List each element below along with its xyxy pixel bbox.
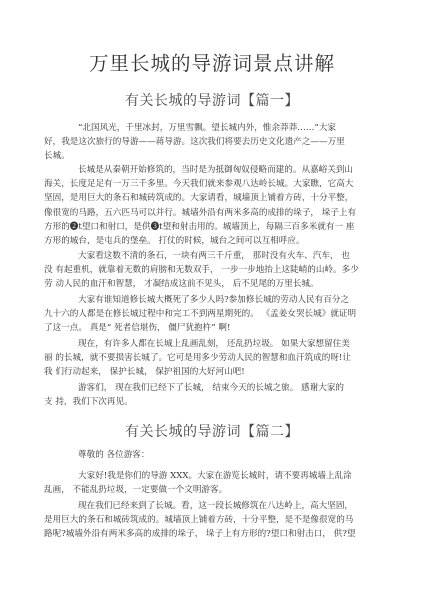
text-line: 坚固，是用巨大的条石和城砖筑成的。大家请看，城墙顶上铺着方砖，十分平整，	[44, 191, 380, 205]
text-line: 大家好!我是你们的导游 XXX。大家在游览长城时，请不要再城墙上乱涂	[44, 469, 380, 483]
text-line: 像很宽的马路，五六匹马可以并行。城墙外沿有两米多高的成排的垛子， 垛子上有	[44, 206, 380, 220]
text-line: 劳 动人民的血汗和智慧， 才凝结成这前不见头， 后不见尾的万里长城。	[44, 277, 380, 291]
text-line: 我 们行动起来， 保护长城， 保护祖国的大好河山吧!	[44, 365, 380, 379]
paragraph: 现在我们已经来到了长城。看，这一段长城修筑在八达岭上，高大坚固， 是用巨大的条石…	[44, 499, 380, 542]
text-line: 现在，有许多人都在长城上乱画乱刻， 还乱扔垃圾。 如果大家想留住美	[44, 337, 380, 351]
text-line: 是用巨大的条石和城砖筑成的。城墙顶上铺着方砖，十分平整，是不是像很宽的马	[44, 513, 380, 527]
paragraph: 大家看这数不清的条石，一块有两三千斤重， 那时没有火车、汽车， 也 没 有起重机…	[44, 249, 380, 292]
text-line: 大家看这数不清的条石，一块有两三千斤重， 那时没有火车、汽车， 也	[44, 249, 380, 263]
text-line: 长城是从秦朝开始修筑的，当时是为抵御匈奴侵略而建的。从嘉峪关到山	[44, 163, 380, 177]
document-title: 万里长城的导游词景点讲解	[0, 48, 424, 76]
paragraph: 大家好!我是你们的导游 XXX。大家在游览长城时，请不要再城墙上乱涂 乱画， 不…	[44, 469, 380, 497]
document-page: 万里长城的导游词景点讲解 有关长城的导游词【篇一】 “北国风光，千里冰封，万里雪…	[0, 0, 424, 600]
text-line: 游客们， 现在我们已经下了长城， 结束今天的长城之旅。 感谢大家的	[44, 381, 380, 395]
text-line: 长城。	[44, 149, 380, 163]
paragraph: 长城是从秦朝开始修筑的，当时是为抵御匈奴侵略而建的。从嘉峪关到山 海关，长度足足…	[44, 163, 380, 248]
text-line: 支 持，我们下次再见。	[44, 395, 380, 409]
text-line: 海关，长度足足有一万三千多里。今天我们就来参观八达岭长城。大家瞧，它高大	[44, 177, 380, 191]
paragraph: “北国风光，千里冰封，万里雪飘。望长城内外，惟余莽莽……”大家 好，我是这次旅行…	[44, 121, 380, 164]
paragraph: 游客们， 现在我们已经下了长城， 结束今天的长城之旅。 感谢大家的 支 持，我们…	[44, 381, 380, 409]
paragraph: 现在，有许多人都在长城上乱画乱刻， 还乱扔垃圾。 如果大家想留住美 丽 的长城，…	[44, 337, 380, 380]
text-line: 方形的❷t望口和射口，是供❸t望和射击用的。城墙顶上，每隔三百多米就有一 座	[44, 220, 380, 234]
text-line: 大家有谁知道修长城大概死了多少人吗?参加修长城的劳动人民有百分之	[44, 293, 380, 307]
section-heading-2: 有关长城的导游词【篇二】	[0, 421, 424, 441]
text-line: 丽 的长城，就不要损害长城了。它可是用多少劳动人民的智慧和血汗筑成的呀!让	[44, 351, 380, 365]
text-line: 了这一点。 真是“ 死者信堪伤， 僵尸犹抱杵” 啊!	[44, 321, 380, 335]
text-line: 尊敬的 各位游客：	[44, 448, 380, 462]
paragraph: 大家有谁知道修长城大概死了多少人吗?参加修长城的劳动人民有百分之 九十六的人都是…	[44, 293, 380, 336]
text-line: 乱画， 不能乱扔垃圾，一定要做一个文明游客。	[44, 483, 380, 497]
text-line: 路呢?城墙外沿有两米多高的成排的垛子， 垛子上有方形的?望口和射击口， 供?望	[44, 527, 380, 541]
text-line: 没 有起重机，就靠着无数的肩膀和无数双手， 一步一步地抬上这陡峭的山岭。多少	[44, 263, 380, 277]
text-line: 现在我们已经来到了长城。看，这一段长城修筑在八达岭上，高大坚固，	[44, 499, 380, 513]
text-line: “北国风光，千里冰封，万里雪飘。望长城内外，惟余莽莽……”大家	[44, 121, 380, 135]
text-line: 好，我是这次旅行的导游——蒋导游。这次我们将要去历史文化遗产之——万里	[44, 135, 380, 149]
text-line: 九十六的人都是在修长城过程中和完工不到两星期死的。 《孟姜女哭长城》就证明	[44, 307, 380, 321]
section-heading-1: 有关长城的导游词【篇一】	[0, 90, 424, 110]
text-line: 方形的城台，是屯兵的堡垒。 打仗的时候，城台之间可以互相呼应。	[44, 234, 380, 248]
paragraph: 尊敬的 各位游客：	[44, 448, 380, 462]
